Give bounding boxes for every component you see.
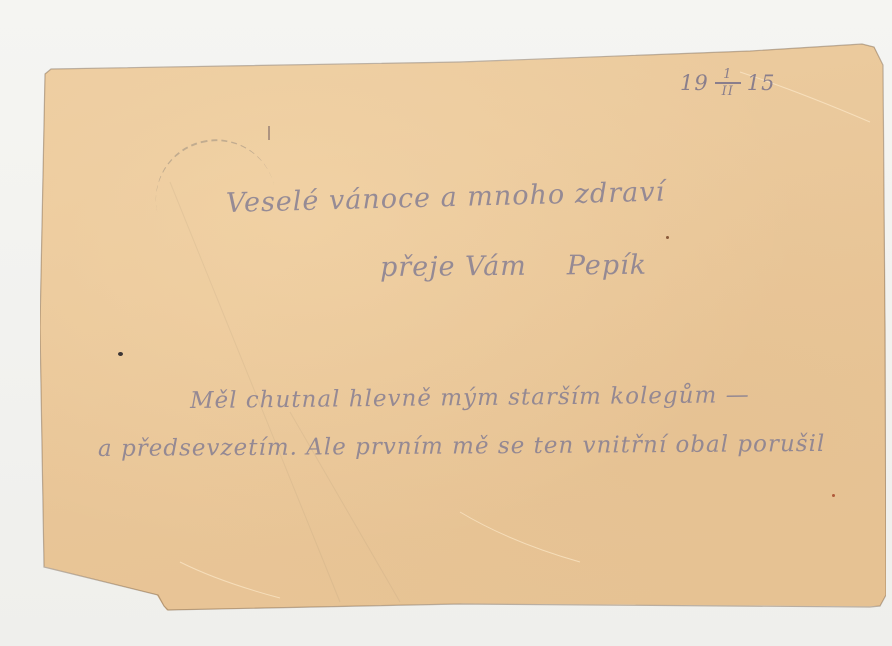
date-month: 1 II bbox=[715, 68, 741, 98]
ink-speck bbox=[832, 494, 835, 497]
date-day: 19 bbox=[680, 71, 709, 95]
pencil-mark bbox=[268, 126, 270, 140]
signature: Pepík bbox=[567, 250, 647, 282]
date-month-top: 1 bbox=[723, 68, 732, 81]
date-year: 15 bbox=[747, 71, 776, 95]
message-line-2: a předsevzetím. Ale prvním mě se ten vni… bbox=[98, 431, 825, 462]
greeting-line-2: přeje VámPepík bbox=[380, 250, 647, 283]
ink-speck bbox=[666, 236, 669, 239]
date-month-bottom: II bbox=[722, 85, 734, 98]
ink-speck bbox=[118, 352, 123, 356]
greeting-text: přeje Vám bbox=[380, 251, 527, 283]
postcard bbox=[40, 42, 886, 612]
handwritten-date: 19 1 II 15 bbox=[680, 68, 775, 98]
